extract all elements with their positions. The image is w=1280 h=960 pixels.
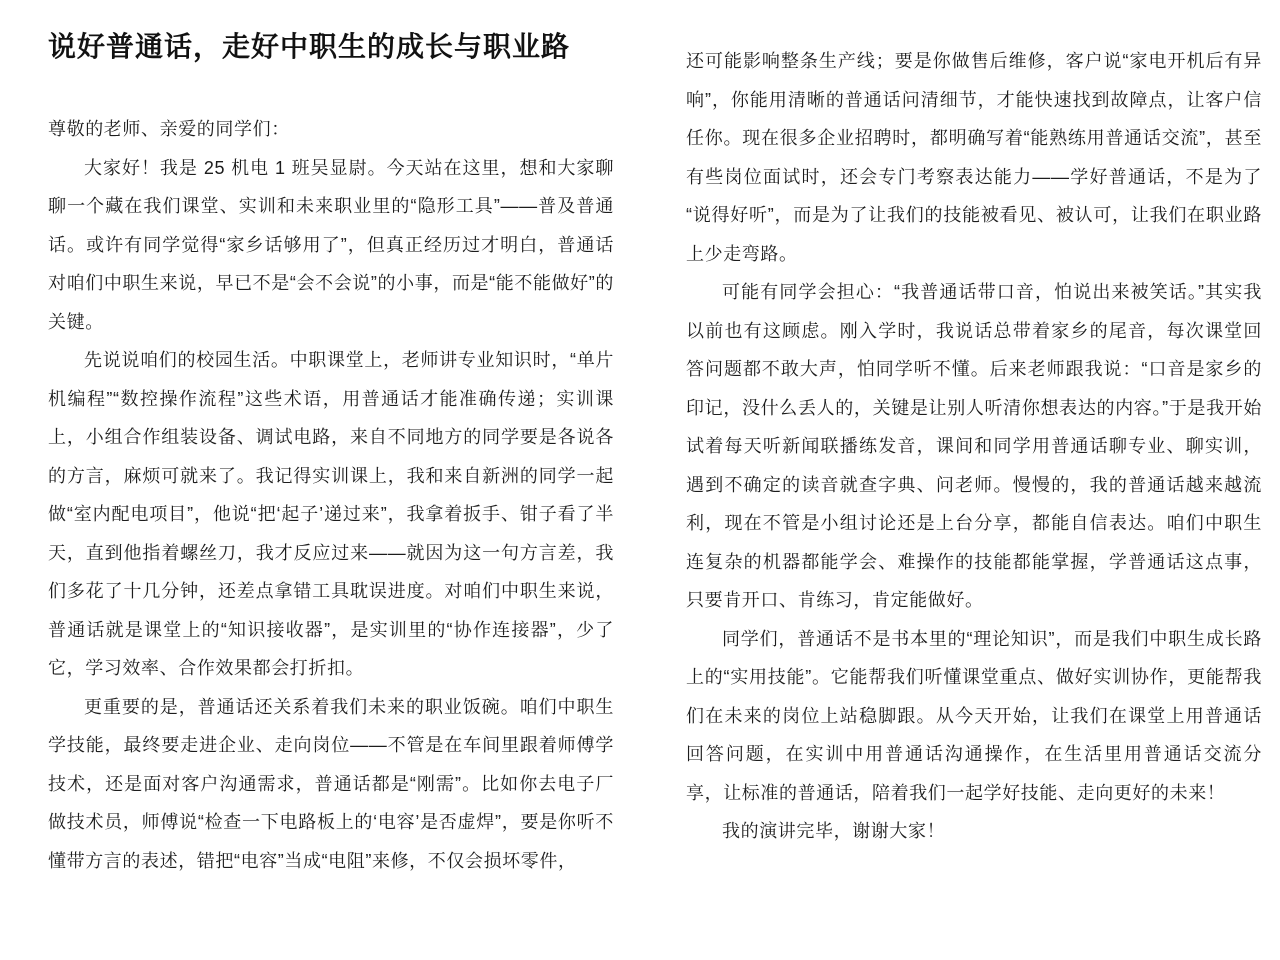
document-title: 说好普通话，走好中职生的成长与职业路 (48, 28, 614, 66)
right-column: 还可能影响整条生产线；要是你做售后维修，客户说“家电开机后有异响”，你能用清晰的… (686, 42, 1262, 851)
left-column: 说好普通话，走好中职生的成长与职业路 尊敬的老师、亲爱的同学们： 大家好！我是 … (48, 28, 614, 880)
paragraph-conclusion: 同学们，普通话不是书本里的“理论知识”，而是我们中职生成长路上的“实用技能”。它… (686, 620, 1262, 813)
document-page: 说好普通话，走好中职生的成长与职业路 尊敬的老师、亲爱的同学们： 大家好！我是 … (0, 0, 1280, 960)
paragraph-career-part1: 更重要的是，普通话还关系着我们未来的职业饭碗。咱们中职生学技能，最终要走进企业、… (48, 688, 614, 881)
paragraph-campus-life: 先说说咱们的校园生活。中职课堂上，老师讲专业知识时，“单片机编程”“数控操作流程… (48, 341, 614, 688)
paragraph-closing: 我的演讲完毕，谢谢大家！ (686, 812, 1262, 851)
salutation-line: 尊敬的老师、亲爱的同学们： (48, 110, 614, 149)
paragraph-introduction: 大家好！我是 25 机电 1 班吴显尉。今天站在这里，想和大家聊聊一个藏在我们课… (48, 149, 614, 342)
paragraph-career-part2: 还可能影响整条生产线；要是你做售后维修，客户说“家电开机后有异响”，你能用清晰的… (686, 42, 1262, 273)
paragraph-accent-worry: 可能有同学会担心：“我普通话带口音，怕说出来被笑话。”其实我以前也有这顾虑。刚入… (686, 273, 1262, 620)
